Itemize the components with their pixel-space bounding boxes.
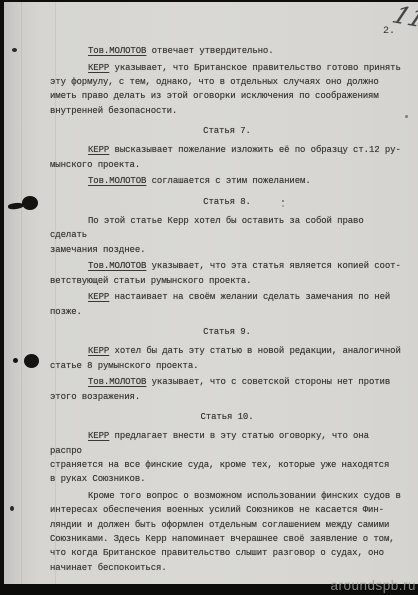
document-body: Тов.МОЛОТОВ отвечает утвердительно.КЕРР … bbox=[50, 44, 404, 577]
paper-crease bbox=[21, 2, 22, 584]
ink-blot-large bbox=[24, 354, 39, 368]
speaker-name: КЕРР bbox=[88, 63, 109, 73]
scanned-document-page: 11 2. Тов.МОЛОТОВ отвечает утвердительно… bbox=[0, 0, 418, 595]
document-paragraph: Тов.МОЛОТОВ отвечает утвердительно. bbox=[50, 44, 404, 58]
document-paragraph: КЕРР указывает, что Британское правитель… bbox=[50, 61, 404, 118]
article-heading-8: Статья 8. bbox=[50, 195, 404, 209]
document-paragraph: Тов.МОЛОТОВ указывает, что с советской с… bbox=[50, 375, 404, 404]
speaker-name: Тов.МОЛОТОВ bbox=[88, 176, 146, 186]
document-paragraph: КЕРР настаивает на своём желании сделать… bbox=[50, 290, 404, 319]
scan-border-top bbox=[0, 0, 418, 2]
paragraph-text: отвечает утвердительно. bbox=[146, 46, 273, 56]
speaker-name: КЕРР bbox=[88, 431, 109, 441]
speaker-name: Тов.МОЛОТОВ bbox=[88, 261, 146, 271]
paragraph-text: Кроме того вопрос о возможном использова… bbox=[50, 491, 401, 572]
watermark: aroundspb.ru bbox=[330, 578, 416, 593]
ink-blot-dot bbox=[13, 358, 18, 363]
article-heading-9: Статья 9. bbox=[50, 325, 404, 339]
document-paragraph: Тов.МОЛОТОВ соглашается с этим пожелание… bbox=[50, 174, 404, 188]
typed-page-number: 2. bbox=[383, 26, 395, 37]
document-paragraph: КЕРР высказывает пожелание изложить её п… bbox=[50, 143, 404, 172]
speaker-name: Тов.МОЛОТОВ bbox=[88, 377, 146, 387]
document-paragraph: КЕРР хотел бы дать эту статью в новой ре… bbox=[50, 344, 404, 373]
speaker-name: КЕРР bbox=[88, 145, 109, 155]
document-paragraph: Кроме того вопрос о возможном использова… bbox=[50, 489, 404, 575]
document-paragraph: КЕРР предлагает внести в эту статью огов… bbox=[50, 429, 404, 486]
paper-speck bbox=[10, 506, 14, 511]
document-paragraph: Тов.МОЛОТОВ указывает, что эта статья яв… bbox=[50, 259, 404, 288]
paragraph-text: соглашается с этим пожеланием. bbox=[146, 176, 310, 186]
article-heading-7: Статья 7. bbox=[50, 124, 404, 138]
paragraph-text: По этой статье Керр хотел бы оставить за… bbox=[50, 216, 364, 255]
scan-border-left bbox=[0, 0, 4, 595]
paper-speck bbox=[12, 48, 17, 52]
speaker-name: КЕРР bbox=[88, 346, 109, 356]
paper-speck bbox=[405, 115, 408, 118]
document-paragraph: По этой статье Керр хотел бы оставить за… bbox=[50, 214, 404, 257]
paper-speck bbox=[282, 200, 284, 202]
paper-sheet: 11 2. Тов.МОЛОТОВ отвечает утвердительно… bbox=[4, 2, 418, 584]
ink-blot-large bbox=[22, 196, 38, 210]
article-heading-10: Статья 10. bbox=[50, 410, 404, 424]
speaker-name: КЕРР bbox=[88, 292, 109, 302]
speaker-name: Тов.МОЛОТОВ bbox=[88, 46, 146, 56]
